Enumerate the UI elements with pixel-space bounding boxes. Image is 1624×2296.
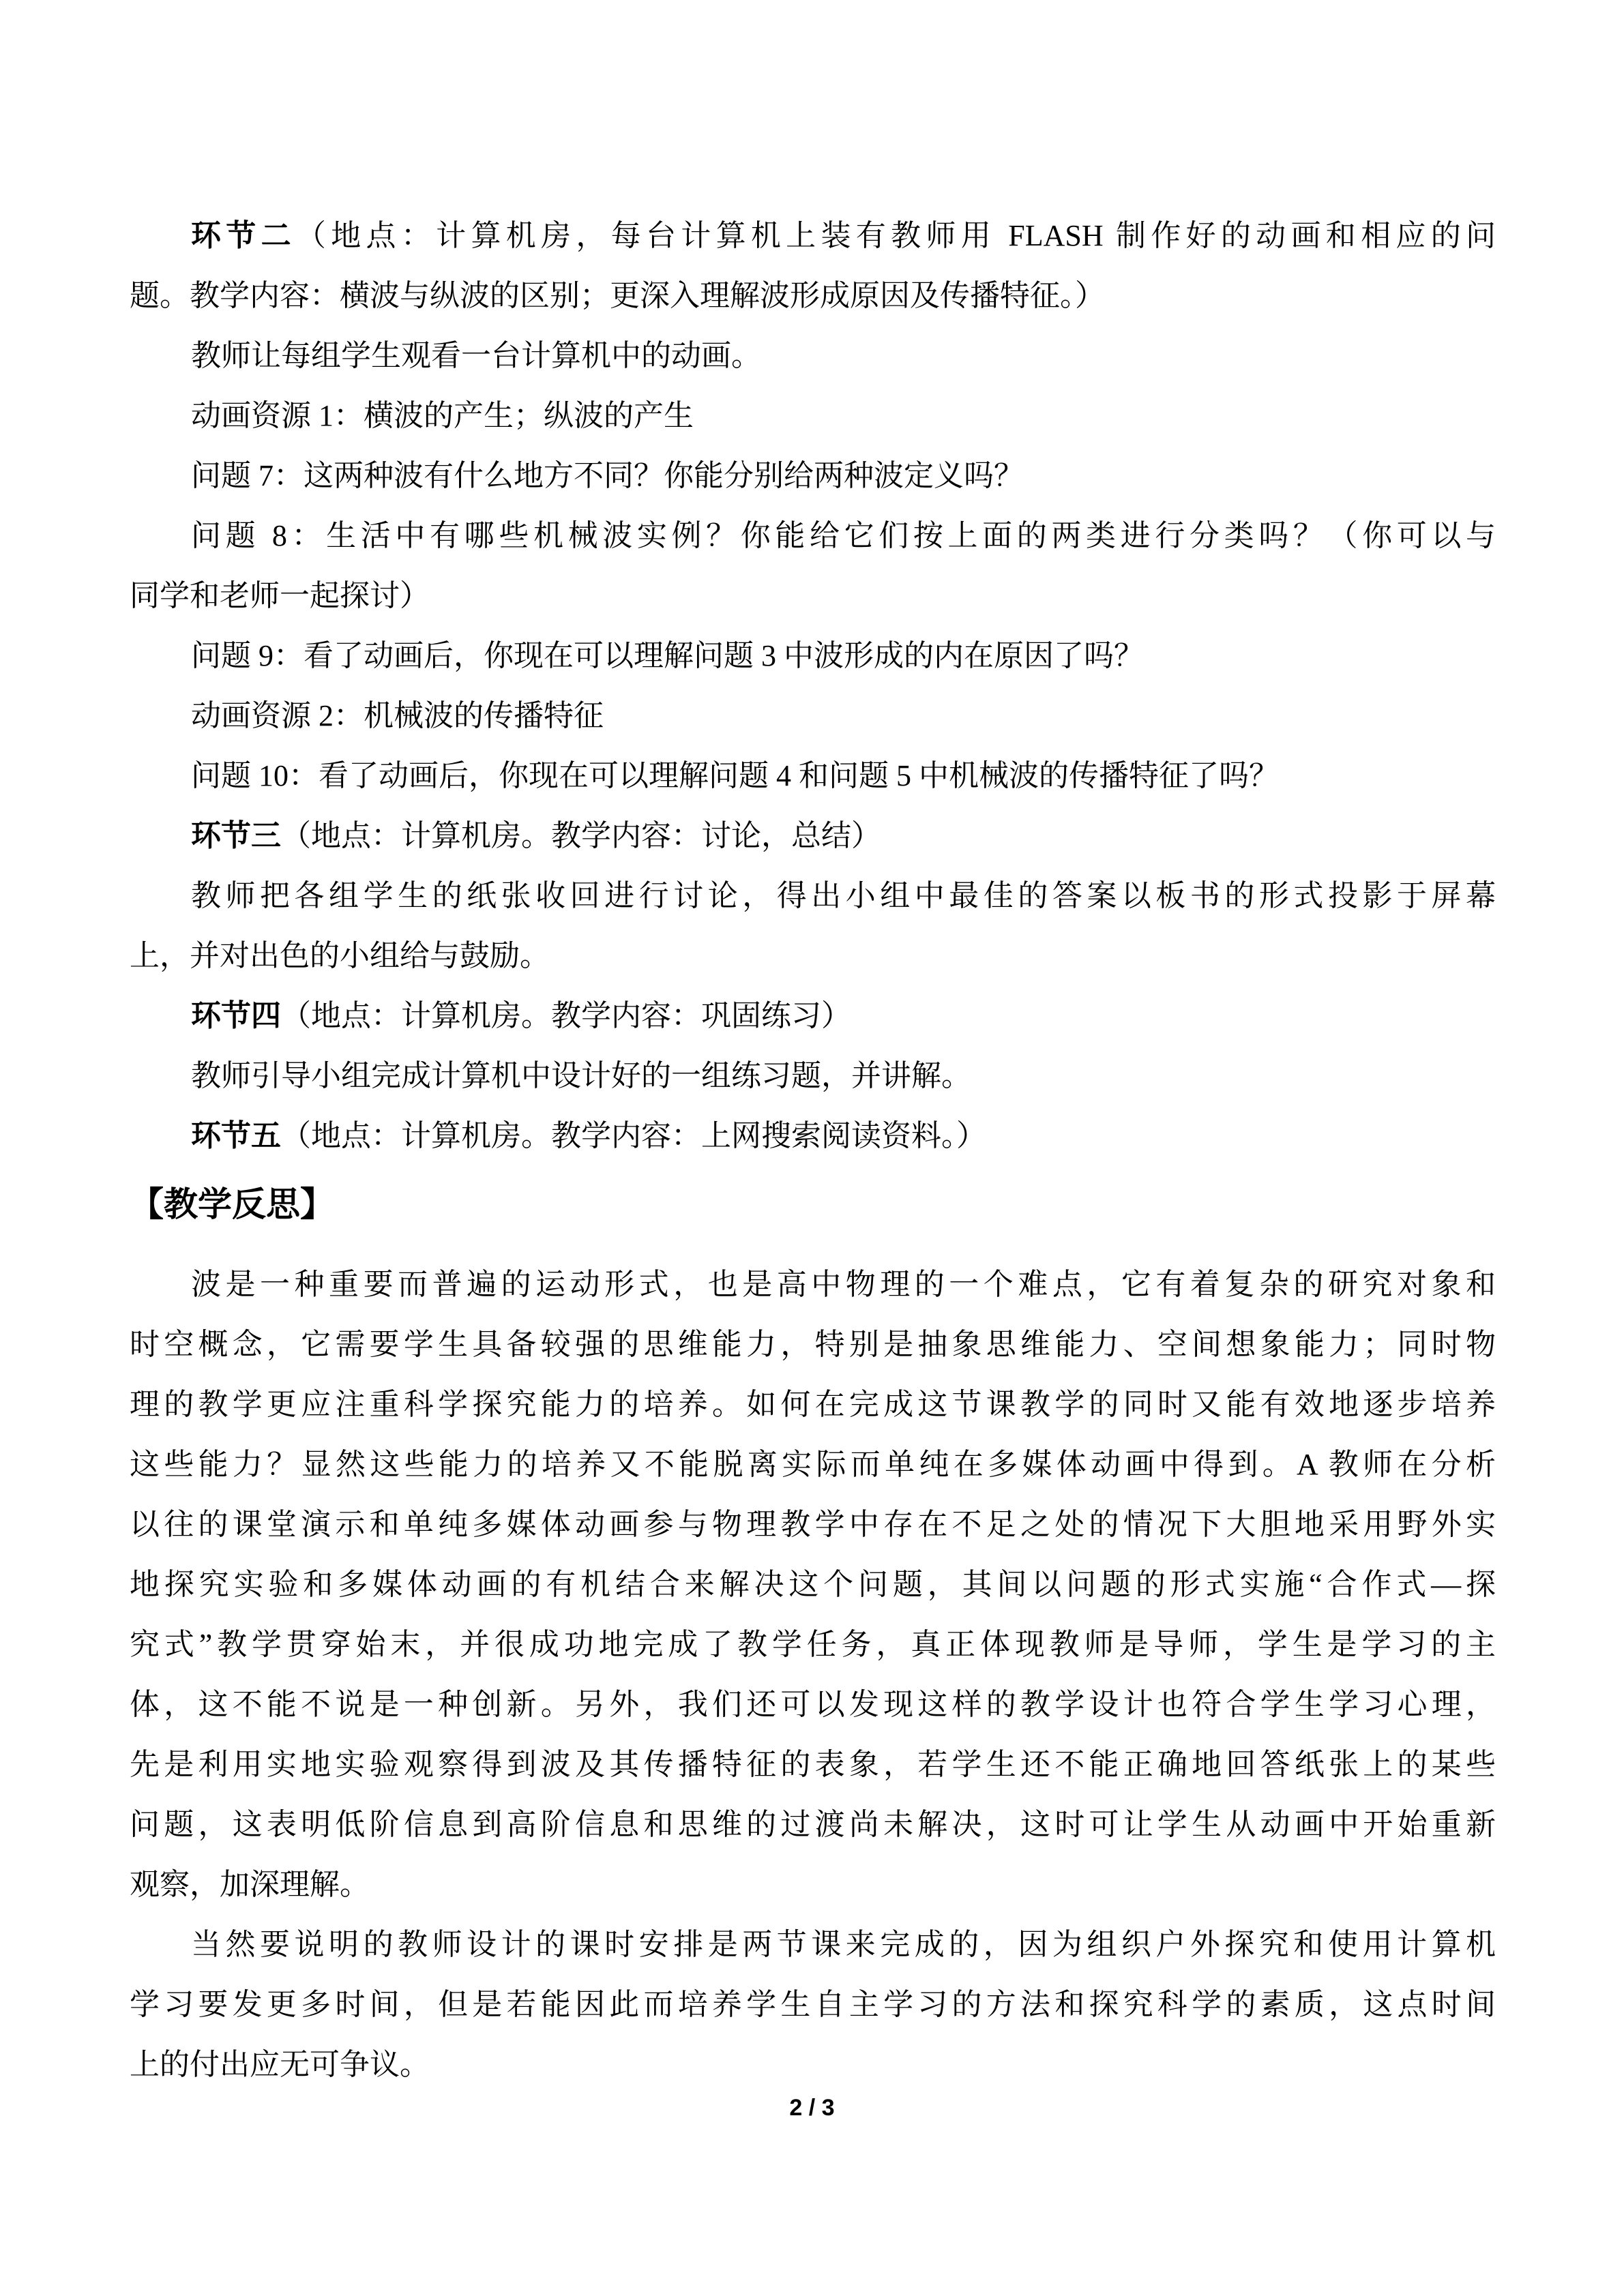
text-line: 问题，这表明低阶信息到高阶信息和思维的过渡尚未解决，这时可让学生从动画中开始重新 (130, 1795, 1496, 1855)
text-line: 问题 8：生活中有哪些机械波实例？你能给它们按上面的两类进行分类吗？（你可以与 (130, 506, 1496, 566)
text-line: 先是利用实地实验观察得到波及其传播特征的表象，若学生还不能正确地回答纸张上的某些 (130, 1735, 1496, 1795)
text-line: 动画资源 2：机械波的传播特征 (130, 686, 1496, 746)
bold-run: 环节三 (191, 819, 281, 852)
text-line: 动画资源 1：横波的产生；纵波的产生 (130, 386, 1496, 446)
page-number: 2 / 3 (789, 2095, 834, 2121)
document-page: 环节二（地点：计算机房，每台计算机上装有教师用 FLASH 制作好的动画和相应的… (0, 0, 1624, 2296)
text-line: 波是一种重要而普遍的运动形式，也是高中物理的一个难点，它有着复杂的研究对象和 (130, 1255, 1496, 1315)
text-line: 时空概念，它需要学生具备较强的思维能力，特别是抽象思维能力、空间想象能力；同时物 (130, 1315, 1496, 1375)
text-line: 环节三（地点：计算机房。教学内容：讨论，总结） (130, 806, 1496, 866)
text-line: 观察，加深理解。 (130, 1855, 1496, 1915)
text-line: 环节二（地点：计算机房，每台计算机上装有教师用 FLASH 制作好的动画和相应的… (130, 206, 1496, 266)
text-line: 同学和老师一起探讨） (130, 566, 1496, 626)
text-line: 理的教学更应注重科学探究能力的培养。如何在完成这节课教学的同时又能有效地逐步培养 (130, 1375, 1496, 1435)
text-line: 教师引导小组完成计算机中设计好的一组练习题，并讲解。 (130, 1046, 1496, 1106)
text-line: 题。教学内容：横波与纵波的区别；更深入理解波形成原因及传播特征。） (130, 266, 1496, 326)
text-line: 环节五（地点：计算机房。教学内容：上网搜索阅读资料。） (130, 1106, 1496, 1166)
text-line: 上，并对出色的小组给与鼓励。 (130, 926, 1496, 986)
bold-run: 环节四 (191, 999, 281, 1032)
text-line: 问题 9：看了动画后，你现在可以理解问题 3 中波形成的内在原因了吗？ (130, 626, 1496, 686)
text-line: 学习要发更多时间，但是若能因此而培养学生自主学习的方法和探究科学的素质，这点时间 (130, 1975, 1496, 2035)
text-line: 究式”教学贯穿始末，并很成功地完成了教学任务，真正体现教师是导师，学生是学习的主 (130, 1615, 1496, 1675)
page-footer: 2 / 3 (0, 2095, 1624, 2121)
bold-run: 环节五 (191, 1119, 281, 1152)
text-line: 问题 7：这两种波有什么地方不同？你能分别给两种波定义吗？ (130, 446, 1496, 506)
text-line: 当然要说明的教师设计的课时安排是两节课来完成的，因为组织户外探究和使用计算机 (130, 1915, 1496, 1975)
text-line: 地探究实验和多媒体动画的有机结合来解决这个问题，其间以问题的形式实施“合作式—探 (130, 1555, 1496, 1615)
text-line: 问题 10：看了动画后，你现在可以理解问题 4 和问题 5 中机械波的传播特征了… (130, 746, 1496, 806)
text-line: 环节四（地点：计算机房。教学内容：巩固练习） (130, 986, 1496, 1046)
text-line: 体，这不能不说是一种创新。另外，我们还可以发现这样的教学设计也符合学生学习心理， (130, 1675, 1496, 1735)
section-heading: 【教学反思】 (130, 1166, 1496, 1242)
text-line: 教师把各组学生的纸张收回进行讨论，得出小组中最佳的答案以板书的形式投影于屏幕 (130, 866, 1496, 926)
text-line: 以往的课堂演示和单纯多媒体动画参与物理教学中存在不足之处的情况下大胆地采用野外实 (130, 1495, 1496, 1555)
bold-run: 环节二 (191, 219, 296, 252)
text-line: 这些能力？显然这些能力的培养又不能脱离实际而单纯在多媒体动画中得到。A 教师在分… (130, 1435, 1496, 1495)
document-body: 环节二（地点：计算机房，每台计算机上装有教师用 FLASH 制作好的动画和相应的… (130, 206, 1496, 2095)
text-line: 上的付出应无可争议。 (130, 2035, 1496, 2095)
text-line: 教师让每组学生观看一台计算机中的动画。 (130, 326, 1496, 386)
